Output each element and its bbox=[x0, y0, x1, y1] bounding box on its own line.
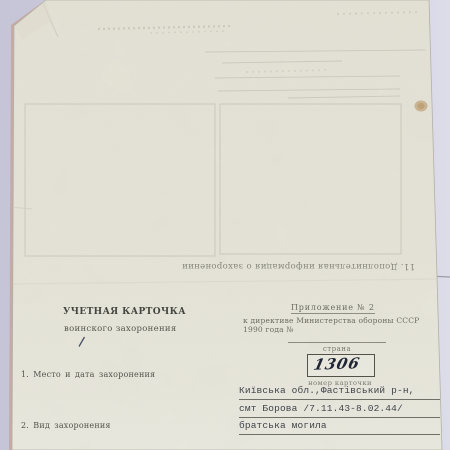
field-place-date-label: 1. Место и дата захоронения bbox=[21, 370, 155, 379]
scanned-document-page: 11. Дополнительная информация о захороне… bbox=[0, 0, 450, 450]
entry-settlement-dates-line: смт Борова /7.11.43-8.02.44/ bbox=[239, 403, 440, 418]
card-number-handwritten: 1306 bbox=[312, 354, 362, 374]
card-title: УЧЕТНАЯ КАРТОЧКА bbox=[63, 307, 186, 317]
entry-burial-type-line: братська могила bbox=[239, 420, 440, 435]
appendix-directive-line: к директиве Министерства обороны СССР bbox=[243, 316, 419, 325]
card-subtitle: воинского захоронения bbox=[64, 324, 177, 334]
paper-scan-graphic bbox=[0, 0, 450, 450]
country-label: страна bbox=[288, 345, 386, 353]
field-burial-type-label: 2. Вид захоронения bbox=[21, 421, 111, 430]
appendix-number-line: Приложение № 2 bbox=[291, 303, 375, 314]
appendix-year-line: 1990 года № bbox=[243, 325, 294, 334]
reverse-side-note: 11. Дополнительная информация о захороне… bbox=[217, 258, 415, 271]
country-fill-line bbox=[288, 342, 386, 343]
entry-region-line: Київська обл.,Фастівський р-н, bbox=[239, 385, 440, 400]
stain-spot-core bbox=[418, 103, 425, 109]
